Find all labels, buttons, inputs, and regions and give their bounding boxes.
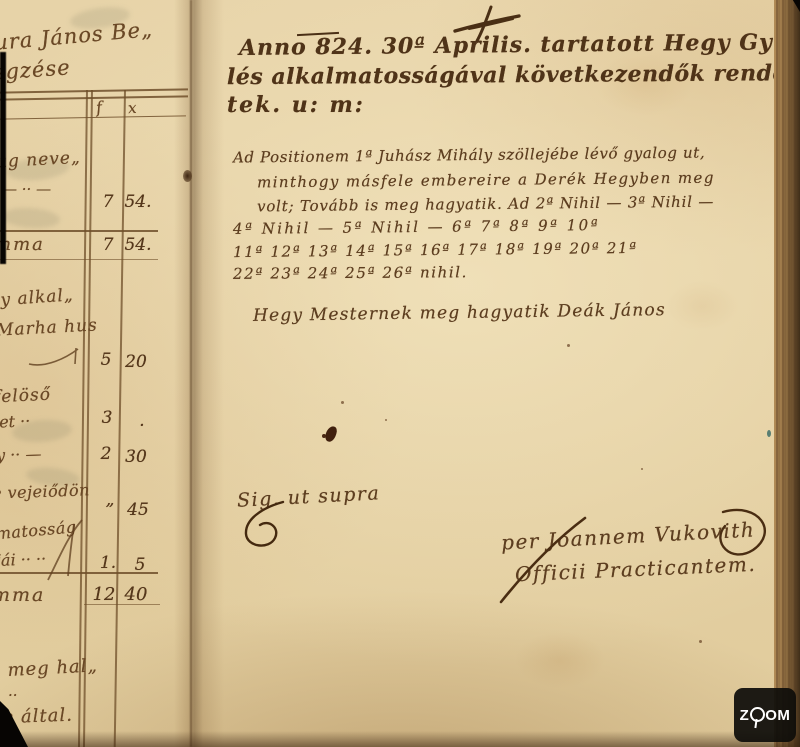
left-note-line: egzése — [0, 55, 71, 84]
watermark-text-z: Z — [740, 707, 750, 724]
gutter-crease — [190, 0, 192, 747]
bottom-edge-shadow — [0, 731, 800, 747]
paper-speck — [341, 401, 344, 404]
cell-x: 54. — [124, 192, 152, 212]
paper-speck — [641, 468, 643, 470]
cell-x: 40 — [122, 584, 150, 605]
body-line-5: 11ª 12ª 13ª 14ª 15ª 16ª 17ª 18ª 19ª 20ª … — [233, 239, 638, 261]
heading-line-2: lés alkalmatosságával következendők rend… — [227, 60, 800, 90]
table-row-label: iet ·· — [0, 411, 31, 431]
sign-off-flourish — [239, 500, 289, 552]
cell-x: 5 — [126, 555, 154, 575]
cell-f: 7 — [94, 192, 122, 212]
cell-f: 2 — [92, 444, 120, 464]
cell-f: „ — [96, 490, 124, 510]
paper-speck — [385, 419, 387, 421]
table-rule — [0, 230, 158, 232]
left-page: ura János Be„ egzése f x ug neve„ — ·· —… — [0, 0, 195, 747]
cell-f: 12 — [90, 584, 118, 605]
table-rule — [0, 259, 158, 260]
flourish — [26, 342, 86, 372]
wormhole-stain — [183, 170, 192, 182]
book-fore-edge — [774, 0, 800, 747]
left-note-line: ura János Be„ — [0, 17, 154, 55]
body-line-1: Ad Positionem 1ª Juhász Mihály szöllejéb… — [233, 144, 705, 167]
ink-blot — [324, 425, 338, 443]
heading-line-3: tek. u: m: — [227, 92, 365, 118]
resolution-line: Hegy Mesternek meg hagyatik Deák János — [253, 300, 666, 326]
ink-bleedthrough — [1, 206, 60, 230]
photo-edge-black-left — [0, 52, 6, 264]
table-rule-top — [0, 88, 188, 93]
paper-speck — [699, 640, 702, 643]
right-page: Anno 824. 30ª Aprilis. tartatott Hegy Gy… — [215, 0, 777, 747]
left-note-line: ·· — [8, 686, 18, 704]
teal-speck — [767, 430, 771, 437]
cell-f: 3 — [93, 408, 121, 428]
table-row-label-summa: mma — [0, 584, 45, 606]
table-row-label: e vejeiődön — [0, 480, 90, 502]
body-line-4: 4ª Nihil — 5ª Nihil — 6ª 7ª 8ª 9ª 10ª — [233, 216, 600, 238]
body-line-2: minthogy másfele embereire a Derék Hegyb… — [257, 169, 715, 192]
column-header-florins: f — [95, 98, 103, 118]
cell-x: 30 — [122, 447, 150, 467]
cell-f: 7 — [94, 235, 122, 255]
body-line-3: volt; Tovább is meg hagyatik. Ad 2ª Nihi… — [257, 193, 714, 216]
body-line-6: 22ª 23ª 24ª 25ª 26ª nihil. — [233, 263, 468, 283]
ink-blot-satellite — [322, 434, 326, 438]
table-row-label: ly alkal„ — [0, 285, 74, 311]
cell-f: 1. — [94, 553, 122, 573]
magnifier-icon — [750, 707, 765, 722]
cell-x: 45 — [124, 500, 152, 520]
cell-x: 54. — [124, 235, 152, 255]
signature-paraph — [473, 498, 793, 608]
watermark-text-om: OM — [765, 707, 790, 724]
cell-f: 5 — [92, 350, 120, 370]
table-row-label: — ·· — — [2, 180, 51, 198]
table-rule-header — [0, 115, 186, 120]
column-header-kreuzer: x — [127, 99, 137, 118]
table-row-label: jái ·· ·· — [0, 549, 46, 570]
zoom-watermark: ZOM — [734, 688, 796, 742]
manuscript-photo: ura János Be„ egzése f x ug neve„ — ·· —… — [0, 0, 800, 747]
table-row-label-summa: mma — [0, 234, 45, 255]
paper-speck — [567, 344, 570, 347]
cell-x: 20 — [122, 352, 150, 372]
table-row-label: y ·· — — [0, 444, 42, 465]
table-row-label: felöső — [0, 385, 51, 408]
cell-x: · — [128, 416, 156, 436]
